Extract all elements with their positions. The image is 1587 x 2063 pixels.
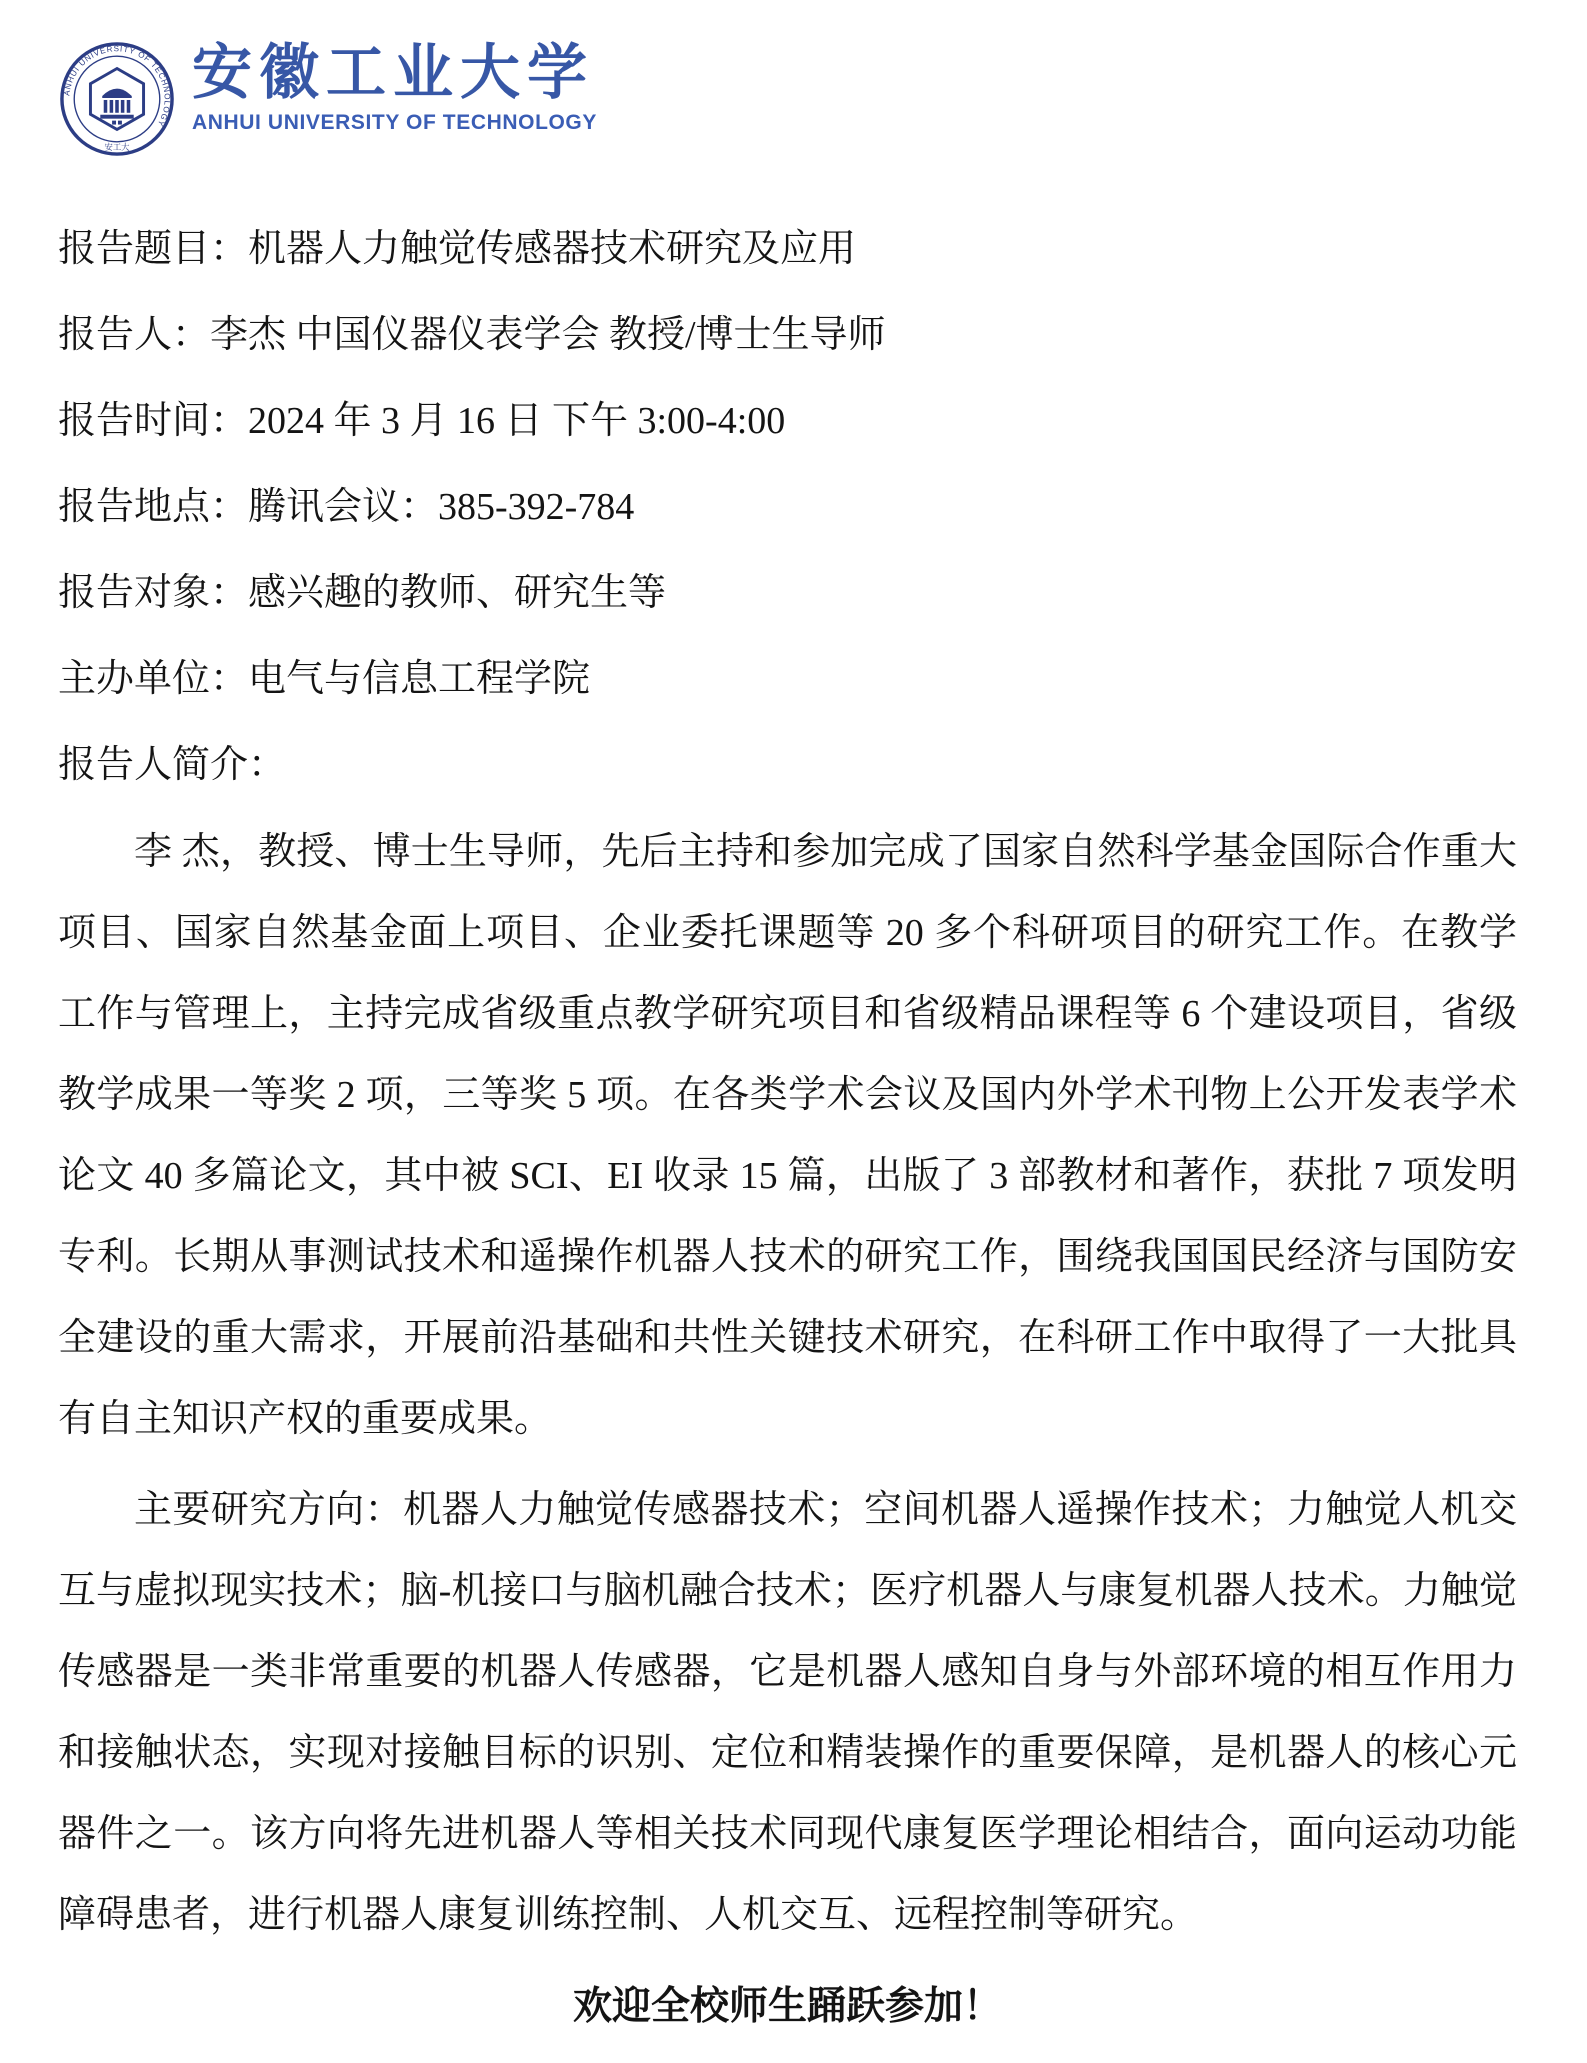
university-en-name: ANHUI UNIVERSITY OF TECHNOLOGY — [192, 111, 597, 135]
university-cn-name: 安徽工业大学 — [192, 42, 597, 105]
report-title-line: 报告题目：机器人力触觉传感器技术研究及应用 — [58, 206, 1517, 292]
university-seal-icon: ANHUI UNIVERSITY OF TECHNOLOGY 安工大 — [58, 40, 176, 158]
report-host-line: 主办单位：电气与信息工程学院 — [58, 636, 1517, 722]
report-speaker-line: 报告人：李杰 中国仪器仪表学会 教授/博士生导师 — [58, 292, 1517, 378]
seal-hexagon — [90, 69, 143, 130]
report-location-line: 报告地点：腾讯会议：385-392-784 — [58, 464, 1517, 550]
report-info-block: 报告题目：机器人力触觉传感器技术研究及应用 报告人：李杰 中国仪器仪表学会 教授… — [58, 206, 1517, 808]
report-audience-line: 报告对象：感兴趣的教师、研究生等 — [58, 550, 1517, 636]
seal-bottom-text: 安工大 — [104, 142, 130, 152]
seal-building-icon — [100, 89, 133, 125]
bio-paragraph-2: 主要研究方向：机器人力触觉传感器技术；空间机器人遥操作技术；力触觉人机交互与虚拟… — [58, 1470, 1517, 1956]
welcome-line: 欢迎全校师生踊跃参加！ — [58, 1966, 1517, 2047]
speaker-bio-block: 李 杰，教授、博士生导师，先后主持和参加完成了国家自然科学基金国际合作重大项目、… — [58, 812, 1517, 1956]
bio-paragraph-1: 李 杰，教授、博士生导师，先后主持和参加完成了国家自然科学基金国际合作重大项目、… — [58, 812, 1517, 1460]
speaker-intro-label: 报告人简介： — [58, 722, 1517, 808]
report-time-line: 报告时间：2024 年 3 月 16 日 下午 3:00-4:00 — [58, 378, 1517, 464]
document-page: ANHUI UNIVERSITY OF TECHNOLOGY 安工大 安徽工业大… — [0, 0, 1587, 2063]
university-logo: ANHUI UNIVERSITY OF TECHNOLOGY 安工大 安徽工业大… — [58, 40, 1517, 168]
university-name-block: 安徽工业大学 ANHUI UNIVERSITY OF TECHNOLOGY — [192, 40, 597, 135]
